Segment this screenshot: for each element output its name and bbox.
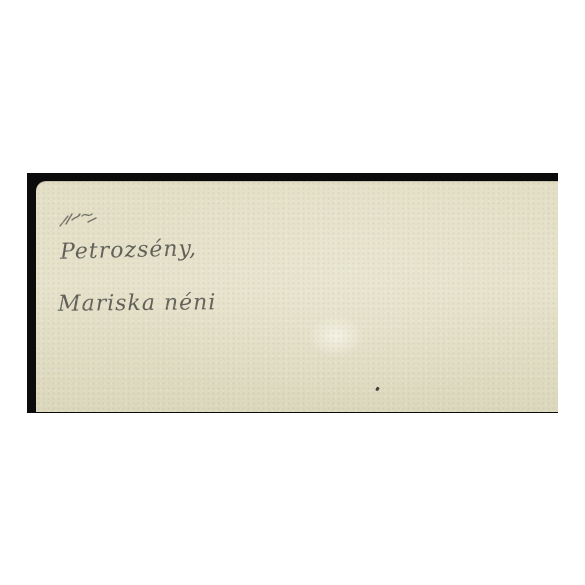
pencil-scribble-mark <box>58 208 103 230</box>
image-canvas: Petrozsény, Mariska néni <box>0 0 585 585</box>
paper-speck <box>375 387 380 392</box>
inscription-line-2: Mariska néni <box>58 290 217 316</box>
photo-card-back: Petrozsény, Mariska néni <box>36 181 558 412</box>
inscription-line-1: Petrozsény, <box>60 236 198 265</box>
